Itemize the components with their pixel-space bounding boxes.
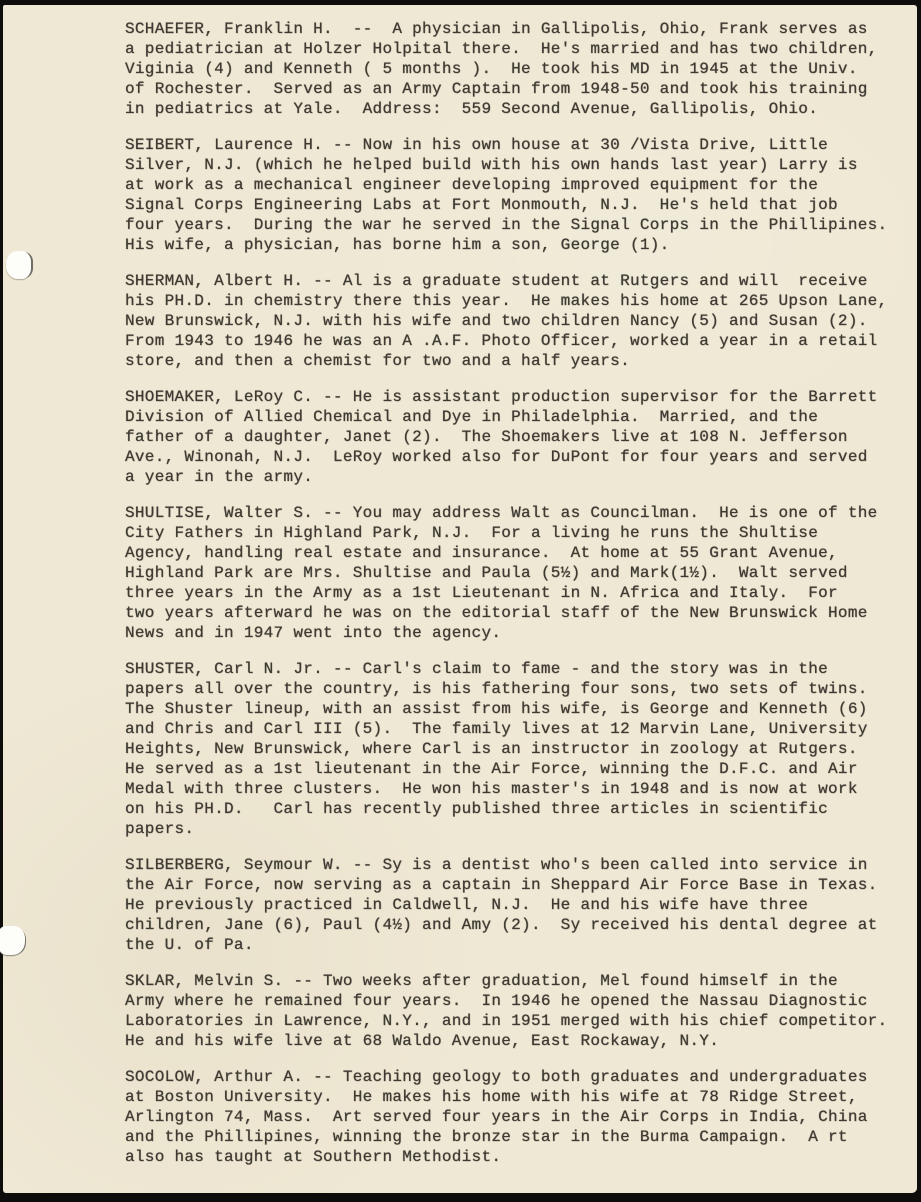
- hole-punch-top: [6, 251, 31, 279]
- bio-entry-silberberg: SILBERBERG, Seymour W. -- Sy is a dentis…: [125, 855, 891, 955]
- bio-entry-sherman: SHERMAN, Albert H. -- Al is a graduate s…: [125, 271, 891, 371]
- typewritten-text-block: SCHAEFER, Franklin H. -- A physician in …: [125, 19, 891, 1183]
- bio-entry-shoemaker: SHOEMAKER, LeRoy C. -- He is assistant p…: [125, 387, 891, 487]
- paper-sheet: SCHAEFER, Franklin H. -- A physician in …: [3, 5, 917, 1193]
- bio-entry-sklar: SKLAR, Melvin S. -- Two weeks after grad…: [125, 971, 891, 1051]
- scanned-document: SCHAEFER, Franklin H. -- A physician in …: [0, 0, 921, 1202]
- bio-entry-seibert: SEIBERT, Laurence H. -- Now in his own h…: [125, 135, 891, 255]
- bio-entry-shuster: SHUSTER, Carl N. Jr. -- Carl's claim to …: [125, 659, 891, 839]
- hole-punch-bottom: [0, 926, 25, 955]
- bio-entry-shultise: SHULTISE, Walter S. -- You may address W…: [125, 503, 891, 643]
- bio-entry-schaefer: SCHAEFER, Franklin H. -- A physician in …: [125, 19, 891, 119]
- bio-entry-socolow: SOCOLOW, Arthur A. -- Teaching geology t…: [125, 1067, 891, 1167]
